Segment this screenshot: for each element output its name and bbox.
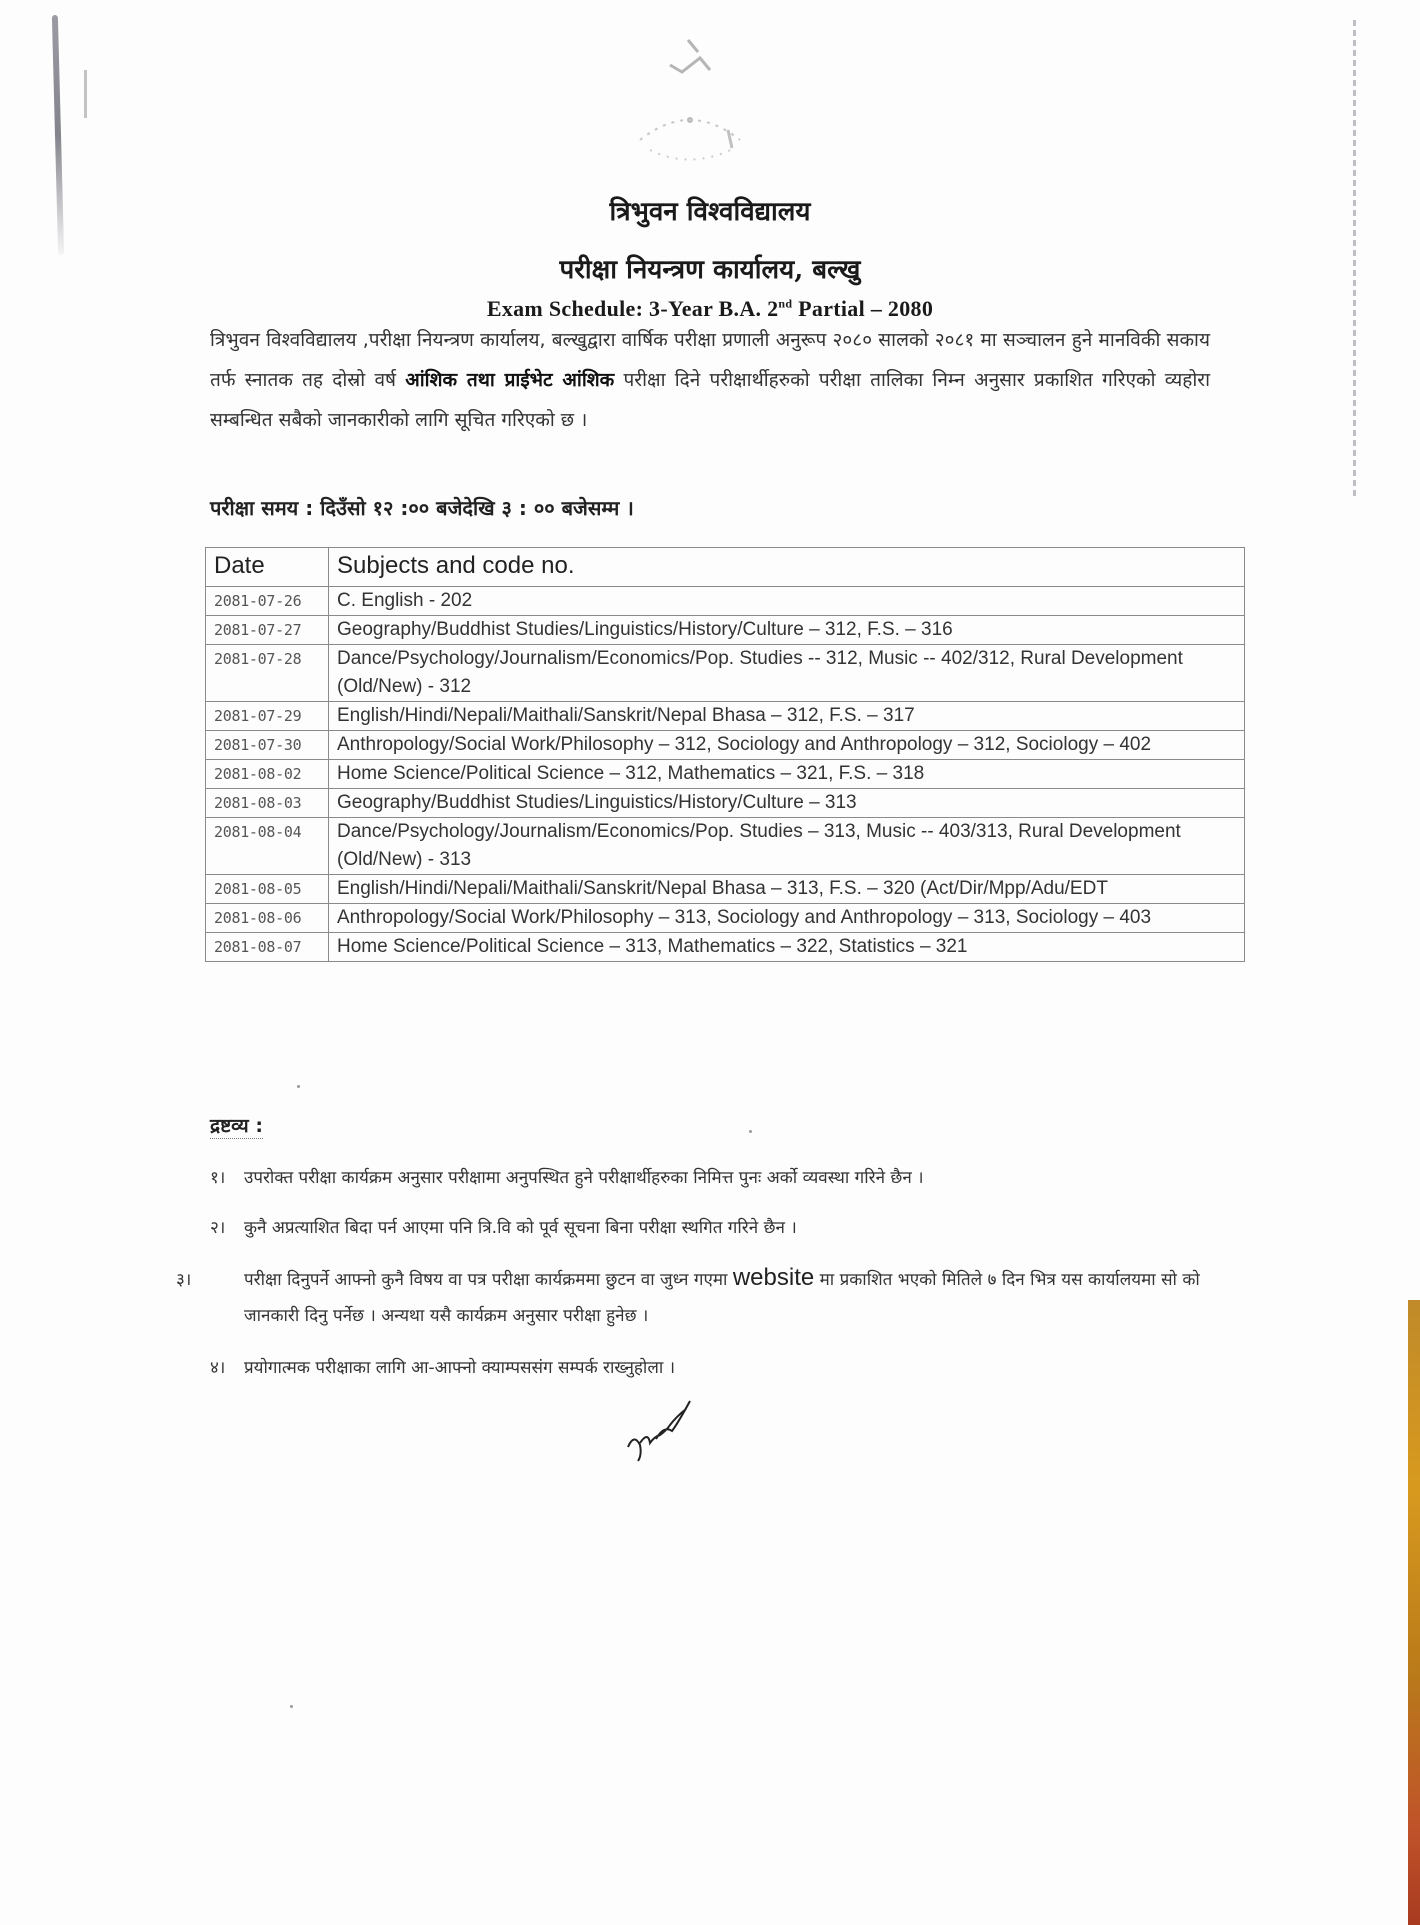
notes-heading: द्रष्टव्य : (210, 1112, 263, 1139)
office-name: परीक्षा नियन्त्रण कार्यालय, बल्खु (0, 250, 1420, 286)
exam-time: परीक्षा समय : दिउँसो १२ :०० बजेदेखि ३ : … (210, 494, 634, 521)
table-row: 2081-07-27Geography/Buddhist Studies/Lin… (206, 616, 1245, 645)
exam-subjects: English/Hindi/Nepali/Maithali/Sanskrit/N… (329, 875, 1245, 904)
speck (297, 1085, 300, 1088)
schedule-title: Exam Schedule: 3-Year B.A. 2nd Partial –… (0, 296, 1420, 322)
exam-subjects: Anthropology/Social Work/Philosophy – 31… (329, 731, 1245, 760)
exam-subjects: Home Science/Political Science – 313, Ma… (329, 933, 1245, 962)
table-row: 2081-08-05English/Hindi/Nepali/Maithali/… (206, 875, 1245, 904)
table-header-row: Date Subjects and code no. (206, 548, 1245, 587)
exam-date: 2081-07-30 (206, 731, 329, 760)
website-word: website (733, 1264, 814, 1291)
university-name: त्रिभुवन विश्वविद्यालय (0, 192, 1420, 228)
table-row: 2081-08-07Home Science/Political Science… (206, 933, 1245, 962)
intro-paragraph: त्रिभुवन विश्वविद्यालय ,परीक्षा नियन्त्र… (210, 320, 1210, 440)
exam-date: 2081-08-05 (206, 875, 329, 904)
scan-edge-orange (1408, 1300, 1420, 1925)
table-row: 2081-08-04Dance/Psychology/Journalism/Ec… (206, 818, 1245, 875)
exam-subjects: Home Science/Political Science – 312, Ma… (329, 760, 1245, 789)
exam-date: 2081-08-02 (206, 760, 329, 789)
exam-date: 2081-07-27 (206, 616, 329, 645)
exam-date: 2081-07-26 (206, 587, 329, 616)
exam-subjects: Anthropology/Social Work/Philosophy – 31… (329, 904, 1245, 933)
exam-date: 2081-07-29 (206, 702, 329, 731)
exam-subjects: Geography/Buddhist Studies/Linguistics/H… (329, 789, 1245, 818)
speck (749, 1130, 752, 1133)
exam-schedule-table: Date Subjects and code no. 2081-07-26C. … (205, 547, 1245, 962)
scan-mark (84, 70, 87, 118)
table-row: 2081-08-06Anthropology/Social Work/Philo… (206, 904, 1245, 933)
table-row: 2081-07-29English/Hindi/Nepali/Maithali/… (206, 702, 1245, 731)
table-row: 2081-07-30Anthropology/Social Work/Philo… (206, 731, 1245, 760)
signature-icon (620, 1395, 700, 1465)
table-row: 2081-08-03Geography/Buddhist Studies/Lin… (206, 789, 1245, 818)
column-header-subjects: Subjects and code no. (329, 548, 1245, 587)
note-item: २।कुनै अप्रत्याशित बिदा पर्न आएमा पनि त्… (210, 1210, 1220, 1246)
exam-subjects: English/Hindi/Nepali/Maithali/Sanskrit/N… (329, 702, 1245, 731)
table-row: 2081-08-02Home Science/Political Science… (206, 760, 1245, 789)
speck (290, 1705, 293, 1708)
exam-date: 2081-08-07 (206, 933, 329, 962)
note-item: १।उपरोक्त परीक्षा कार्यक्रम अनुसार परीक्… (210, 1160, 1220, 1196)
table-row: 2081-07-26C. English - 202 (206, 587, 1245, 616)
exam-date: 2081-08-04 (206, 818, 329, 875)
exam-subjects: C. English - 202 (329, 587, 1245, 616)
exam-date: 2081-08-03 (206, 789, 329, 818)
table-row: 2081-07-28Dance/Psychology/Journalism/Ec… (206, 645, 1245, 702)
note-item: ३।परीक्षा दिनुपर्ने आफ्नो कुनै विषय वा प… (210, 1260, 1220, 1334)
exam-subjects: Geography/Buddhist Studies/Linguistics/H… (329, 616, 1245, 645)
column-header-date: Date (206, 548, 329, 587)
university-emblem-icon (610, 30, 770, 180)
exam-subjects: Dance/Psychology/Journalism/Economics/Po… (329, 818, 1245, 875)
exam-date: 2081-07-28 (206, 645, 329, 702)
exam-subjects: Dance/Psychology/Journalism/Economics/Po… (329, 645, 1245, 702)
note-item: ४।प्रयोगात्मक परीक्षाका लागि आ-आफ्नो क्य… (210, 1350, 1220, 1386)
exam-date: 2081-08-06 (206, 904, 329, 933)
